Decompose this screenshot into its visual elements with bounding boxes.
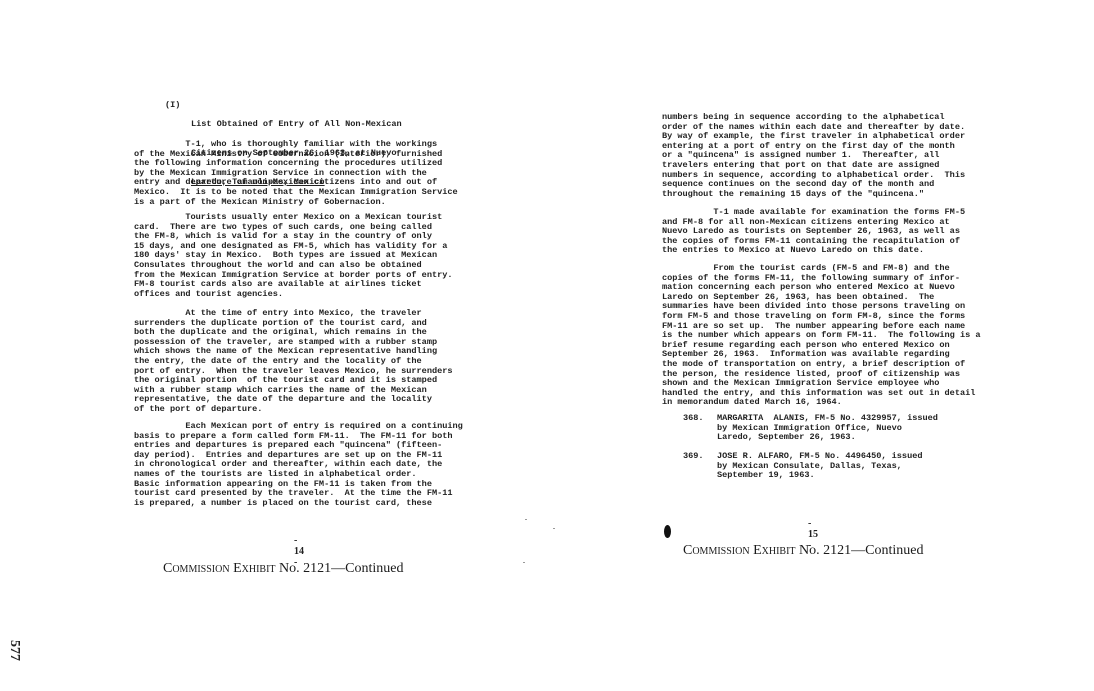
paragraph: T-1 made available for examination the f…: [662, 208, 965, 256]
speck: [553, 528, 555, 529]
entry-number: 368.: [683, 414, 704, 424]
text-line: of the port of departure.: [134, 405, 453, 415]
entry-text: JOSE R. ALFARO, FM-5 No. 4496450, issued…: [717, 452, 922, 481]
section-number: (I): [165, 101, 180, 111]
text-line: Laredo, September 26, 1963.: [717, 433, 938, 443]
text-line: is a part of the Mexican Ministry of Gob…: [134, 198, 458, 208]
text-line: September 19, 1963.: [717, 471, 922, 481]
text-line: is prepared, a number is placed on the t…: [134, 499, 463, 509]
paragraph: T-1, who is thoroughly familiar with the…: [134, 140, 458, 207]
paragraph: Tourists usually enter Mexico on a Mexic…: [134, 213, 453, 299]
exhibit-caption: Commission Exhibit No. 2121—Continued: [683, 543, 923, 559]
heading-line: List Obtained of Entry of All Non-Mexica…: [191, 120, 402, 130]
text-line: in memorandum dated March 16, 1964.: [662, 398, 981, 408]
list-item: 369. JOSE R. ALFARO, FM-5 No. 4496450, i…: [683, 452, 704, 490]
speck: [523, 562, 525, 563]
margin-page-number: 577: [6, 640, 22, 661]
text-line: the entries to Mexico at Nuevo Laredo on…: [662, 246, 965, 256]
entry-text: MARGARITA ALANIS, FM-5 No. 4329957, issu…: [717, 414, 938, 443]
paragraph: Each Mexican port of entry is required o…: [134, 422, 463, 508]
list-item: 368. MARGARITA ALANIS, FM-5 No. 4329957,…: [683, 414, 704, 452]
speck: [525, 519, 527, 520]
ink-blot: [664, 525, 671, 538]
text-line: offices and tourist agencies.: [134, 290, 453, 300]
exhibit-caption: Commission Exhibit No. 2121—Continued: [163, 561, 403, 577]
paragraph: numbers being in sequence according to t…: [662, 113, 965, 199]
paragraph: From the tourist cards (FM-5 and FM-8) a…: [662, 264, 981, 408]
text-line: throughout the remaining 15 days of the …: [662, 190, 965, 200]
paragraph: At the time of entry into Mexico, the tr…: [134, 309, 453, 415]
section-heading: (I) List Obtained of Entry of All Non-Me…: [165, 101, 186, 139]
entry-number: 369.: [683, 452, 704, 462]
